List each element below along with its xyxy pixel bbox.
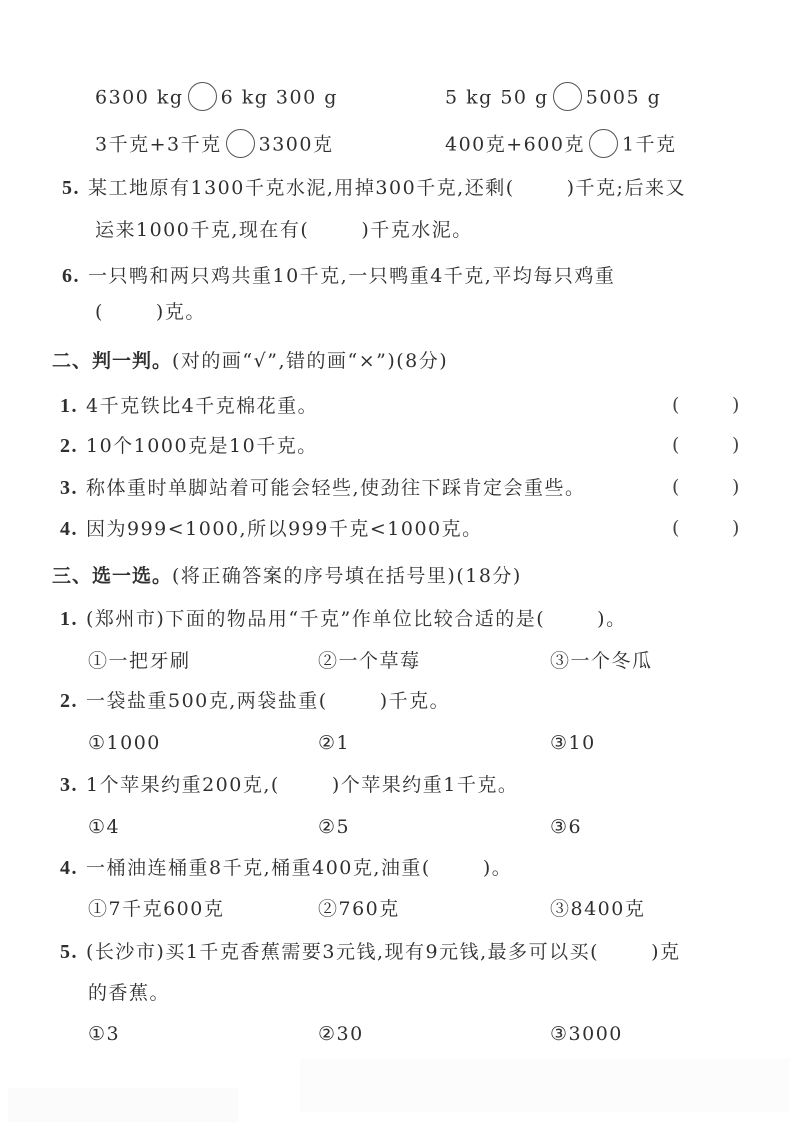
compare-expr: 6300 kg [95,87,184,109]
question-text: (长沙市)买1千克香蕉需要3元钱,现有9元钱,最多可以买( [86,941,599,963]
compare-expr: 3千克+3千克 [95,134,222,156]
question-text: 的香蕉。 [88,982,170,1004]
compare-row2-right: 400克+600克1千克 [445,131,677,160]
judge-answer-open[interactable]: ( [672,517,679,539]
choose-item-5-line2: 的香蕉。 [88,981,170,1005]
question-text: 10个1000克是10千克。 [86,435,318,457]
compare-row2-left: 3千克+3千克3300克 [95,131,333,160]
question-text: )。 [597,608,626,630]
choose-item-1: 1.(郑州市)下面的物品用“千克”作单位比较合适的是()。 [60,607,627,631]
question-text: )个苹果约重1千克。 [332,774,519,796]
choose-1-option-2[interactable]: ②一个草莓 [318,649,421,673]
choose-2-option-2[interactable]: ②1 [318,731,350,755]
compare-circle-blank[interactable] [553,82,582,111]
choose-5-option-3[interactable]: ③3000 [550,1022,623,1046]
question-number: 4. [60,518,78,540]
question-text: 一桶油连桶重8千克,桶重400克,油重( [86,857,431,879]
question-text: (郑州市)下面的物品用“千克”作单位比较合适的是( [86,608,545,630]
question-text: )千克水泥。 [361,219,472,241]
compare-expr: 3300克 [259,134,334,156]
compare-circle-blank[interactable] [188,82,217,111]
section-judge-heading: 二、判一判。(对的画“√”,错的画“×”)(8分) [52,349,448,373]
judge-answer-close[interactable]: ) [732,434,739,456]
compare-expr: 1千克 [622,134,677,156]
choose-5-option-1[interactable]: ①3 [88,1022,120,1046]
question-text: )千克;后来又 [567,177,686,199]
compare-expr: 5005 g [586,87,662,109]
question-text: 称体重时单脚站着可能会轻些,使劲往下踩肯定会重些。 [86,477,586,499]
section-choose-heading: 三、选一选。(将正确答案的序号填在括号里)(18分) [52,564,522,588]
question-text: )。 [483,857,512,879]
question-number: 2. [60,690,78,712]
question-number: 4. [60,857,78,879]
compare-expr: 6 kg 300 g [221,87,338,109]
question-number: 3. [60,477,78,499]
scan-shading [8,1088,238,1122]
choose-1-option-3[interactable]: ③一个冬瓜 [550,649,653,673]
question-number: 6. [62,265,80,287]
question-text: 运来1000千克,现在有( [95,219,309,241]
choose-3-option-1[interactable]: ①4 [88,815,120,839]
question-number: 1. [60,608,78,630]
choose-5-option-2[interactable]: ②30 [318,1022,364,1046]
judge-item-3: 3.称体重时单脚站着可能会轻些,使劲往下踩肯定会重些。 [60,476,586,500]
question-text: )克 [651,941,680,963]
question-text: 某工地原有1300千克水泥,用掉300千克,还剩( [88,177,515,199]
judge-item-1: 1.4千克铁比4千克棉花重。 [60,394,318,418]
compare-row1-right: 5 kg 50 g5005 g [445,84,661,113]
fill-q5-line1: 5.某工地原有1300千克水泥,用掉300千克,还剩()千克;后来又 [62,176,686,200]
fill-q5-line2: 运来1000千克,现在有()千克水泥。 [95,218,473,242]
judge-item-2: 2.10个1000克是10千克。 [60,434,318,458]
compare-circle-blank[interactable] [226,129,255,158]
judge-answer-close[interactable]: ) [732,476,739,498]
choose-1-option-1[interactable]: ①一把牙刷 [88,649,191,673]
choose-4-option-2[interactable]: ②760克 [318,897,400,921]
scan-shading [300,1058,790,1112]
question-number: 3. [60,774,78,796]
compare-circle-blank[interactable] [589,129,618,158]
question-text: 一只鸭和两只鸡共重10千克,一只鸭重4千克,平均每只鸡重 [88,265,615,287]
judge-item-4: 4.因为999<1000,所以999千克<1000克。 [60,517,483,541]
choose-item-4: 4.一桶油连桶重8千克,桶重400克,油重()。 [60,856,512,880]
question-number: 5. [62,177,80,199]
section-instructions: (将正确答案的序号填在括号里)(18分) [172,565,522,587]
question-text: ( [95,301,104,323]
section-title: 三、选一选。 [52,565,172,587]
question-text: )克。 [156,301,206,323]
question-number: 5. [60,941,78,963]
question-number: 1. [60,395,78,417]
judge-answer-close[interactable]: ) [732,394,739,416]
choose-3-option-3[interactable]: ③6 [550,815,582,839]
question-number: 2. [60,435,78,457]
question-text: )千克。 [380,690,450,712]
compare-expr: 400克+600克 [445,134,585,156]
section-instructions: (对的画“√”,错的画“×”)(8分) [172,350,448,372]
choose-4-option-1[interactable]: ①7千克600克 [88,897,224,921]
compare-row1-left: 6300 kg6 kg 300 g [95,84,338,113]
choose-item-3: 3.1个苹果约重200克,()个苹果约重1千克。 [60,773,518,797]
choose-2-option-1[interactable]: ①1000 [88,731,161,755]
judge-answer-open[interactable]: ( [672,434,679,456]
judge-answer-open[interactable]: ( [672,476,679,498]
compare-expr: 5 kg 50 g [445,87,549,109]
judge-answer-open[interactable]: ( [672,394,679,416]
judge-answer-close[interactable]: ) [732,517,739,539]
choose-4-option-3[interactable]: ③8400克 [550,897,645,921]
section-title: 二、判一判。 [52,350,172,372]
choose-2-option-3[interactable]: ③10 [550,731,596,755]
fill-q6-line1: 6.一只鸭和两只鸡共重10千克,一只鸭重4千克,平均每只鸡重 [62,264,615,288]
choose-item-2: 2.一袋盐重500克,两袋盐重()千克。 [60,689,450,713]
question-text: 4千克铁比4千克棉花重。 [86,395,318,417]
fill-q6-line2: ()克。 [95,300,206,324]
choose-3-option-2[interactable]: ②5 [318,815,350,839]
choose-item-5: 5.(长沙市)买1千克香蕉需要3元钱,现有9元钱,最多可以买()克 [60,940,681,964]
question-text: 一袋盐重500克,两袋盐重( [86,690,328,712]
question-text: 1个苹果约重200克,( [86,774,280,796]
question-text: 因为999<1000,所以999千克<1000克。 [86,518,483,540]
